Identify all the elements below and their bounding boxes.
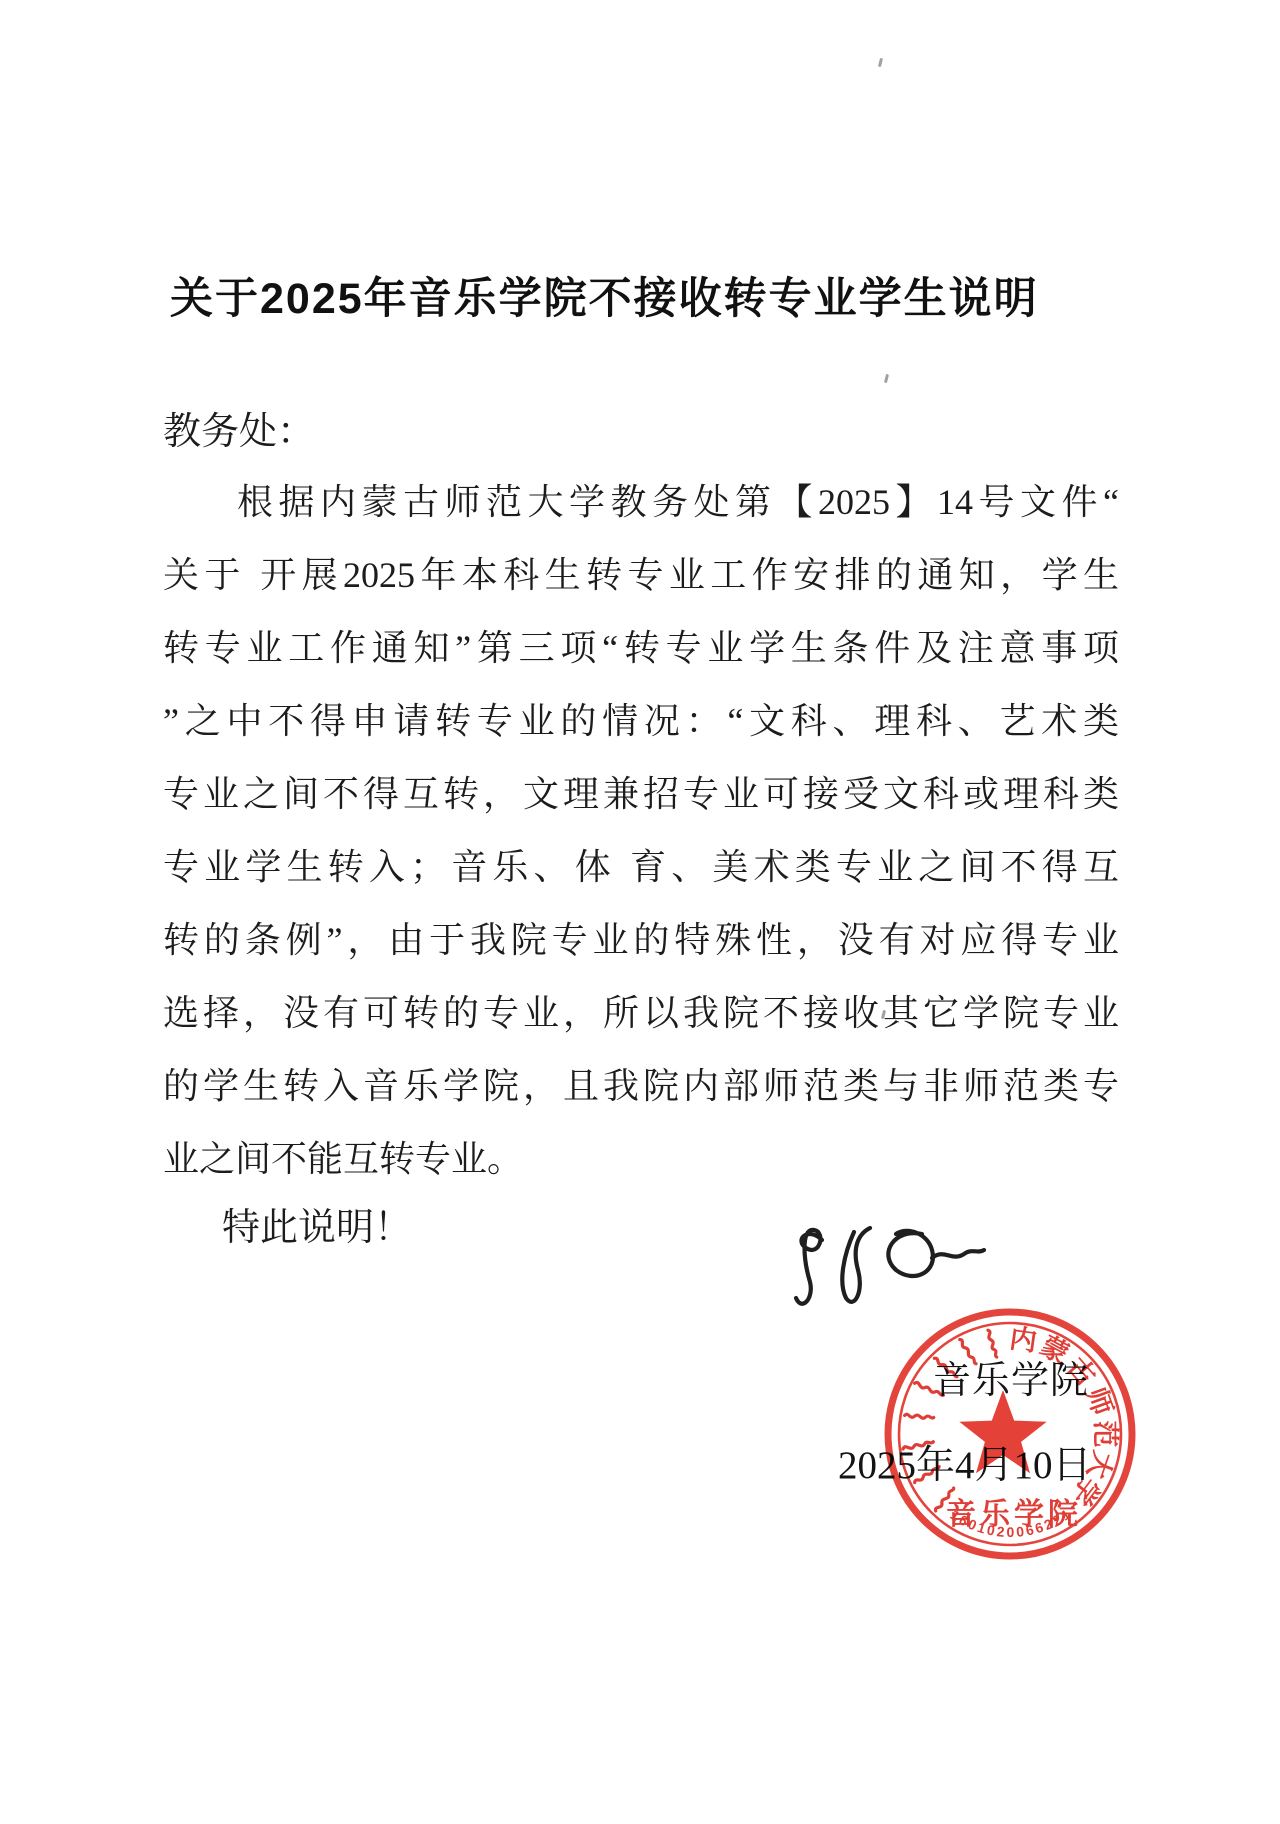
body-line: 业之间不能互转专业。: [163, 1123, 1119, 1196]
body-line: 根据内蒙古师范大学教务处第【2025】14号文件“: [163, 466, 1119, 539]
body-line: 转的条例”，由于我院专业的特殊性，没有对应得专业: [163, 904, 1119, 977]
salutation: 教务处：: [163, 410, 315, 456]
body-line: 的学生转入音乐学院，且我院内部师范类与非师范类专: [163, 1050, 1119, 1123]
body-line: 专业学生转入；音乐、体 育、美术类专业之间不得互: [163, 831, 1119, 904]
mongolian-script-glyph: [934, 1356, 957, 1379]
official-seal: 内 蒙 古 师 范 大 学 音乐学院 1 6 0 1 0 2 0 0 6 6 2…: [878, 1302, 1142, 1566]
body-line: 关于 开展2025年本科生转专业工作安排的通知，学生: [163, 539, 1119, 612]
seal-star-icon: [959, 1390, 1046, 1473]
scan-artifact: [884, 374, 889, 383]
mongolian-script-glyph: [905, 1412, 934, 1421]
signature-stroke: [842, 1228, 870, 1302]
mongolian-script-glyph: [959, 1338, 976, 1365]
closing-statement: 特此说明！: [222, 1208, 412, 1250]
mongolian-script-glyph: [903, 1441, 934, 1449]
signature-stroke: [888, 1231, 933, 1276]
seal-serial-digit: 0: [1006, 1524, 1014, 1540]
body-line: 转专业工作通知”第三项“转专业学生条件及注意事项: [163, 612, 1119, 685]
mongolian-script-glyph: [914, 1380, 943, 1398]
seal-university-arc-char: 内: [1008, 1323, 1039, 1356]
seal-university-arc-char: 范: [1090, 1421, 1120, 1448]
body-line: 专业之间不得互转，文理兼招专业可接受文科或理科类: [163, 758, 1119, 831]
signature-stroke: [932, 1250, 984, 1258]
seal-serial-digit: 2: [996, 1523, 1005, 1540]
mongolian-script-glyph: [913, 1466, 941, 1483]
seal-university-arc-char: 古: [1062, 1352, 1102, 1392]
mongolian-script-glyph: [987, 1330, 997, 1358]
document-title: 关于2025年音乐学院不接收转专业学生说明: [170, 278, 1039, 321]
seal-serial-digit: 0: [986, 1522, 997, 1539]
signature-stroke: [796, 1230, 822, 1304]
body-line: 选择，没有可转的专业，所以我院不接收其它学院专业: [163, 977, 1119, 1050]
seal-university-arc-char: 蒙: [1036, 1331, 1074, 1370]
body-paragraph: 根据内蒙古师范大学教务处第【2025】14号文件“ 关于 开展2025年本科生转…: [163, 466, 1119, 1196]
scan-artifact: [878, 58, 883, 67]
scanned-document-page: 关于2025年音乐学院不接收转专业学生说明 教务处： 根据内蒙古师范大学教务处第…: [0, 0, 1280, 1824]
body-line: ”之中不得申请转专业的情况：“文科、理科、艺术类: [163, 685, 1119, 758]
